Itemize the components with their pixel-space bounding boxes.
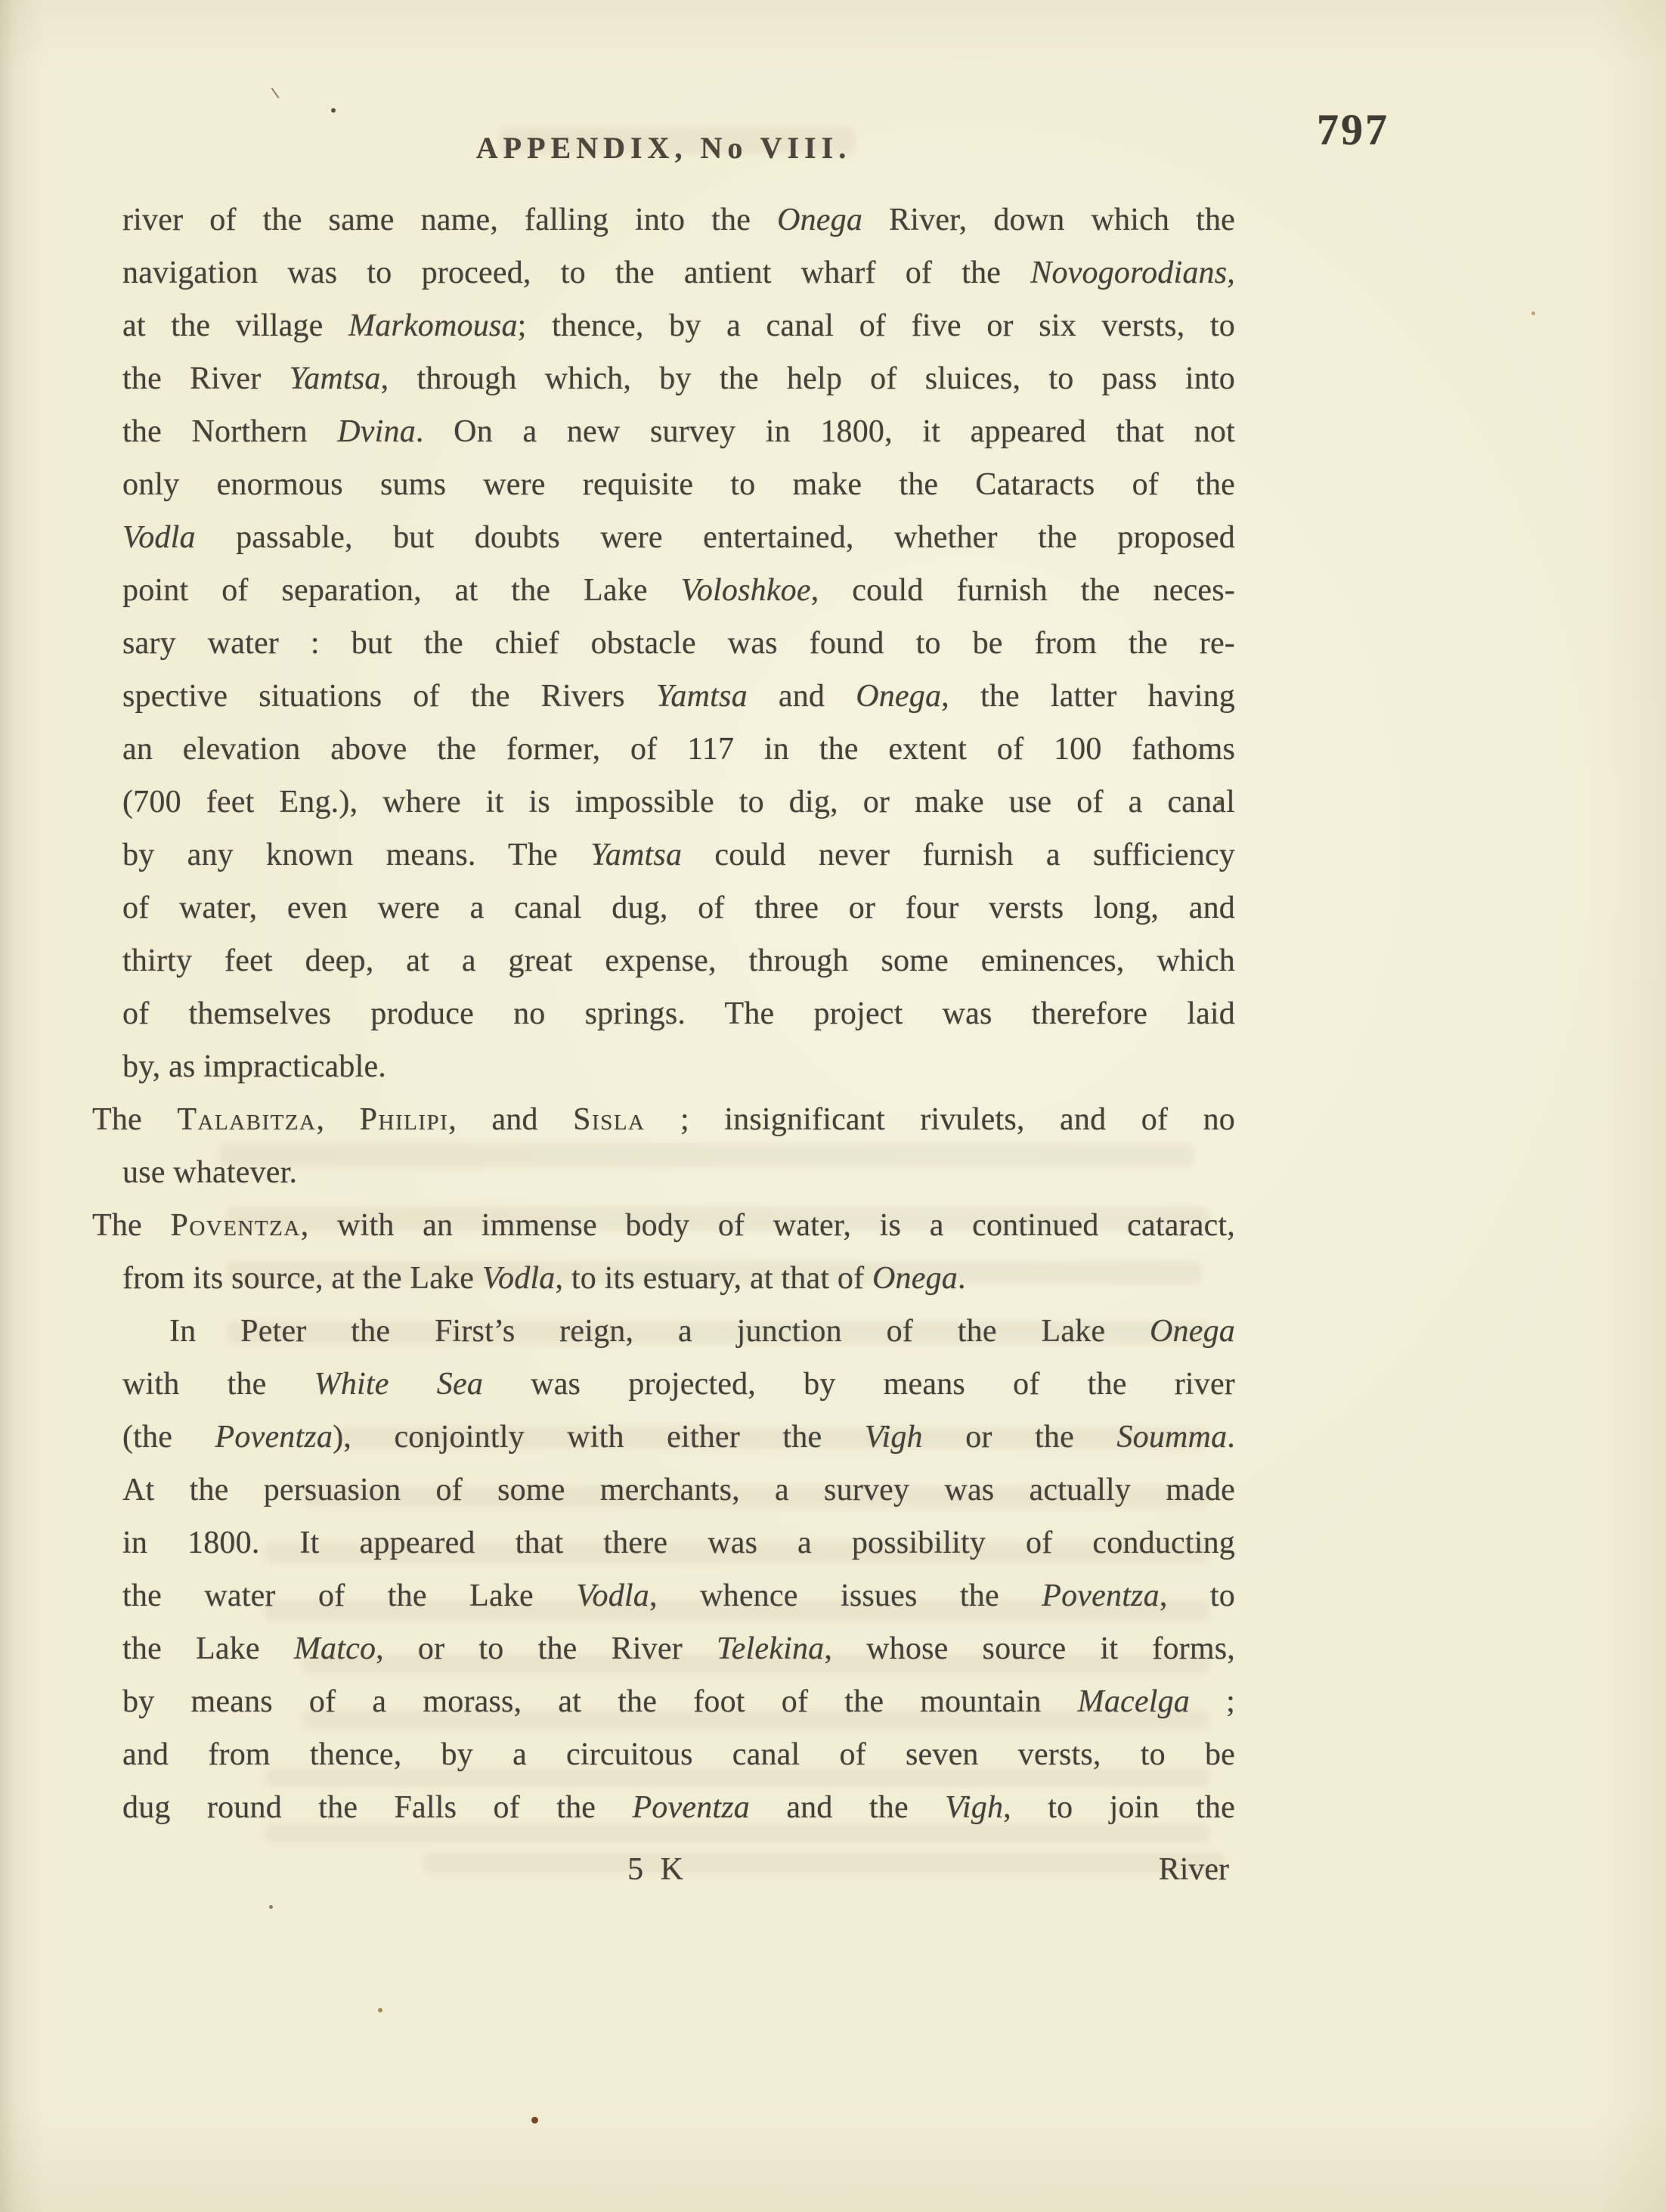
text-segment: Vigh bbox=[865, 1420, 923, 1455]
text-segment: Telekina bbox=[717, 1631, 824, 1666]
text-segment: Macelga bbox=[1078, 1684, 1190, 1719]
text-segment: The bbox=[92, 1102, 177, 1137]
text-segment: Vodla bbox=[122, 520, 196, 555]
text-line: and from thence, by a circuitous canal o… bbox=[92, 1728, 1235, 1781]
text-segment: , to its estuary, at that of bbox=[555, 1261, 872, 1296]
text-segment: could never furnish a sufficiency bbox=[682, 838, 1235, 872]
page-number: 797 bbox=[1285, 104, 1421, 155]
text-line: (the Poventza), conjointly with either t… bbox=[92, 1411, 1235, 1464]
text-segment: spective situations of the Rivers bbox=[122, 679, 656, 714]
text-segment: , whence issues the bbox=[649, 1578, 1042, 1613]
text-line: sary water : but the chief obstacle was … bbox=[92, 617, 1235, 670]
text-segment: , or to the River bbox=[376, 1631, 717, 1666]
text-line: thirty feet deep, at a great expense, th… bbox=[92, 934, 1235, 987]
text-segment: Poventza bbox=[632, 1790, 750, 1825]
text-line: spective situations of the Rivers Yamtsa… bbox=[92, 670, 1235, 723]
text-segment: (700 feet Eng.), where it is impossible … bbox=[122, 785, 1235, 819]
text-segment: an elevation above the former, of 117 in… bbox=[122, 732, 1235, 767]
text-segment: Onega bbox=[856, 679, 941, 714]
text-segment: ; insignificant rivulets, and of no bbox=[645, 1102, 1235, 1137]
text-line: of themselves produce no springs. The pr… bbox=[92, 987, 1235, 1040]
text-segment: with the bbox=[122, 1367, 314, 1402]
text-segment: dug round the Falls of the bbox=[122, 1790, 632, 1825]
text-segment: . bbox=[1227, 1420, 1235, 1455]
text-segment: passable, but doubts were entertained, w… bbox=[196, 520, 1235, 555]
text-line: by any known means. The Yamtsa could nev… bbox=[92, 829, 1235, 881]
text-line: with the White Sea was projected, by mea… bbox=[92, 1358, 1235, 1411]
text-segment: , and bbox=[448, 1102, 573, 1137]
text-segment: river of the same name, falling into the bbox=[122, 203, 777, 237]
text-line: only enormous sums were requisite to mak… bbox=[92, 458, 1235, 511]
text-line: navigation was to proceed, to the antien… bbox=[92, 246, 1235, 299]
text-line: point of separation, at the Lake Voloshk… bbox=[92, 564, 1235, 617]
text-line: use whatever. bbox=[92, 1146, 1235, 1199]
text-line: In Peter the First’s reign, a junction o… bbox=[92, 1305, 1235, 1358]
text-segment: thirty feet deep, at a great expense, th… bbox=[122, 943, 1235, 978]
text-segment: Philipi bbox=[360, 1102, 449, 1137]
text-line: the Northern Dvina. On a new survey in 1… bbox=[92, 405, 1235, 458]
text-line: the water of the Lake Vodla, whence issu… bbox=[92, 1569, 1235, 1622]
text-segment: , whose source it forms, bbox=[824, 1631, 1235, 1666]
text-segment: Onega bbox=[1150, 1314, 1235, 1349]
text-segment: The bbox=[92, 1208, 171, 1243]
text-segment: Novogorodians, bbox=[1030, 256, 1235, 290]
text-segment: ; thence, by a canal of five or six vers… bbox=[518, 308, 1235, 343]
text-line: the Lake Matco, or to the River Telekina… bbox=[92, 1622, 1235, 1675]
text-segment: Yamtsa bbox=[290, 361, 381, 396]
text-line: dug round the Falls of the Poventza and … bbox=[92, 1781, 1235, 1834]
paper-speck bbox=[378, 2008, 382, 2012]
text-segment: Vodla bbox=[482, 1261, 556, 1296]
text-line: an elevation above the former, of 117 in… bbox=[92, 723, 1235, 776]
text-segment: the River bbox=[122, 361, 290, 396]
text-segment: of themselves produce no springs. The pr… bbox=[122, 996, 1235, 1031]
text-segment: Vodla bbox=[576, 1578, 649, 1613]
text-segment: . On a new survey in 1800, it appeared t… bbox=[416, 414, 1235, 449]
text-line: river of the same name, falling into the… bbox=[92, 194, 1235, 246]
text-segment: use whatever. bbox=[122, 1155, 297, 1190]
text-segment: by means of a morass, at the foot of the… bbox=[122, 1684, 1078, 1719]
text-segment: by, as impracticable. bbox=[122, 1049, 386, 1084]
text-line: Vodla passable, but doubts were entertai… bbox=[92, 511, 1235, 564]
text-segment: and from thence, by a circuitous canal o… bbox=[122, 1737, 1235, 1772]
text-segment: Markomousa bbox=[348, 308, 518, 343]
text-segment: Onega bbox=[872, 1261, 958, 1296]
text-segment: the Lake bbox=[122, 1631, 294, 1666]
text-line: of water, even were a canal dug, of thre… bbox=[92, 881, 1235, 934]
text-line: by, as impracticable. bbox=[92, 1040, 1235, 1093]
text-segment: Vigh bbox=[945, 1790, 1003, 1825]
text-segment: Poventza bbox=[171, 1208, 301, 1243]
text-segment: At the persuasion of some merchants, a s… bbox=[122, 1473, 1235, 1507]
body-text: river of the same name, falling into the… bbox=[92, 194, 1235, 1834]
text-line: At the persuasion of some merchants, a s… bbox=[92, 1464, 1235, 1516]
catchword: River bbox=[1159, 1843, 1229, 1896]
text-segment: Matco bbox=[294, 1631, 376, 1666]
text-line: from its source, at the Lake Vodla, to i… bbox=[92, 1252, 1235, 1305]
text-segment: , through which, by the help of sluices,… bbox=[381, 361, 1235, 396]
text-segment: (the bbox=[122, 1420, 215, 1455]
text-segment: , to bbox=[1160, 1578, 1235, 1613]
text-segment: only enormous sums were requisite to mak… bbox=[122, 467, 1235, 502]
text-segment: VIII. bbox=[748, 131, 851, 165]
text-segment: and bbox=[748, 679, 856, 714]
text-line: (700 feet Eng.), where it is impossible … bbox=[92, 776, 1235, 829]
text-segment: , with an immense body of water, is a co… bbox=[301, 1208, 1235, 1243]
text-segment: In Peter the First’s reign, a junction o… bbox=[169, 1314, 1150, 1349]
text-line: The Talabitza, Philipi, and Sisla ; insi… bbox=[92, 1093, 1235, 1146]
text-segment: , to join the bbox=[1003, 1790, 1235, 1825]
text-segment: , the latter having bbox=[941, 679, 1235, 714]
text-segment: and the bbox=[750, 1790, 945, 1825]
text-segment: of water, even were a canal dug, of thre… bbox=[122, 891, 1235, 925]
text-line: by means of a morass, at the foot of the… bbox=[92, 1675, 1235, 1728]
text-segment: , could furnish the neces- bbox=[811, 573, 1235, 608]
text-segment: Onega bbox=[777, 203, 862, 237]
signature-mark: 5 K bbox=[612, 1843, 703, 1896]
paper-speck bbox=[531, 2117, 538, 2124]
text-segment: APPENDIX, N bbox=[476, 131, 728, 165]
text-segment: the water of the Lake bbox=[122, 1578, 576, 1613]
text-segment: Yamtsa bbox=[590, 838, 682, 872]
text-segment: in 1800. It appeared that there was a po… bbox=[122, 1526, 1235, 1560]
book-page: APPENDIX, No VIII. 797 river of the same… bbox=[0, 0, 1666, 2212]
text-segment: o bbox=[727, 131, 748, 165]
text-segment: Poventza bbox=[215, 1420, 333, 1455]
text-segment: Dvina bbox=[337, 414, 416, 449]
text-segment: Poventza bbox=[1042, 1578, 1160, 1613]
text-line: The Poventza, with an immense body of wa… bbox=[92, 1199, 1235, 1252]
text-segment: Sisla bbox=[573, 1102, 645, 1137]
text-line: in 1800. It appeared that there was a po… bbox=[92, 1516, 1235, 1569]
text-segment: point of separation, at the Lake bbox=[122, 573, 681, 608]
text-segment: or the bbox=[923, 1420, 1117, 1455]
text-segment: the Northern bbox=[122, 414, 337, 449]
text-segment: by any known means. The bbox=[122, 838, 590, 872]
paper-speck bbox=[1531, 311, 1535, 315]
text-segment: was projected, by means of the river bbox=[483, 1367, 1235, 1402]
text-segment: Yamtsa bbox=[656, 679, 748, 714]
text-segment: Talabitza bbox=[177, 1102, 316, 1137]
text-segment: ; bbox=[1190, 1684, 1235, 1719]
text-segment: at the village bbox=[122, 308, 348, 343]
text-segment: , bbox=[317, 1102, 360, 1137]
page-footer: 5 K River bbox=[92, 1843, 1235, 1896]
page-title: APPENDIX, No VIII. bbox=[92, 130, 1235, 166]
text-line: the River Yamtsa, through which, by the … bbox=[92, 352, 1235, 405]
text-segment: ), conjointly with either the bbox=[333, 1420, 865, 1455]
text-segment: sary water : but the chief obstacle was … bbox=[122, 626, 1235, 661]
running-header: APPENDIX, No VIII. 797 bbox=[0, 0, 1666, 197]
text-segment: Voloshkoe bbox=[681, 573, 811, 608]
text-segment: Soumma bbox=[1116, 1420, 1227, 1455]
text-segment: . bbox=[958, 1261, 966, 1296]
text-segment: River, down which the bbox=[862, 203, 1235, 237]
text-segment: navigation was to proceed, to the antien… bbox=[122, 256, 1030, 290]
paper-speck bbox=[269, 1905, 273, 1909]
text-segment: from its source, at the Lake bbox=[122, 1261, 482, 1296]
text-segment: White Sea bbox=[314, 1367, 483, 1402]
text-line: at the village Markomousa; thence, by a … bbox=[92, 299, 1235, 352]
